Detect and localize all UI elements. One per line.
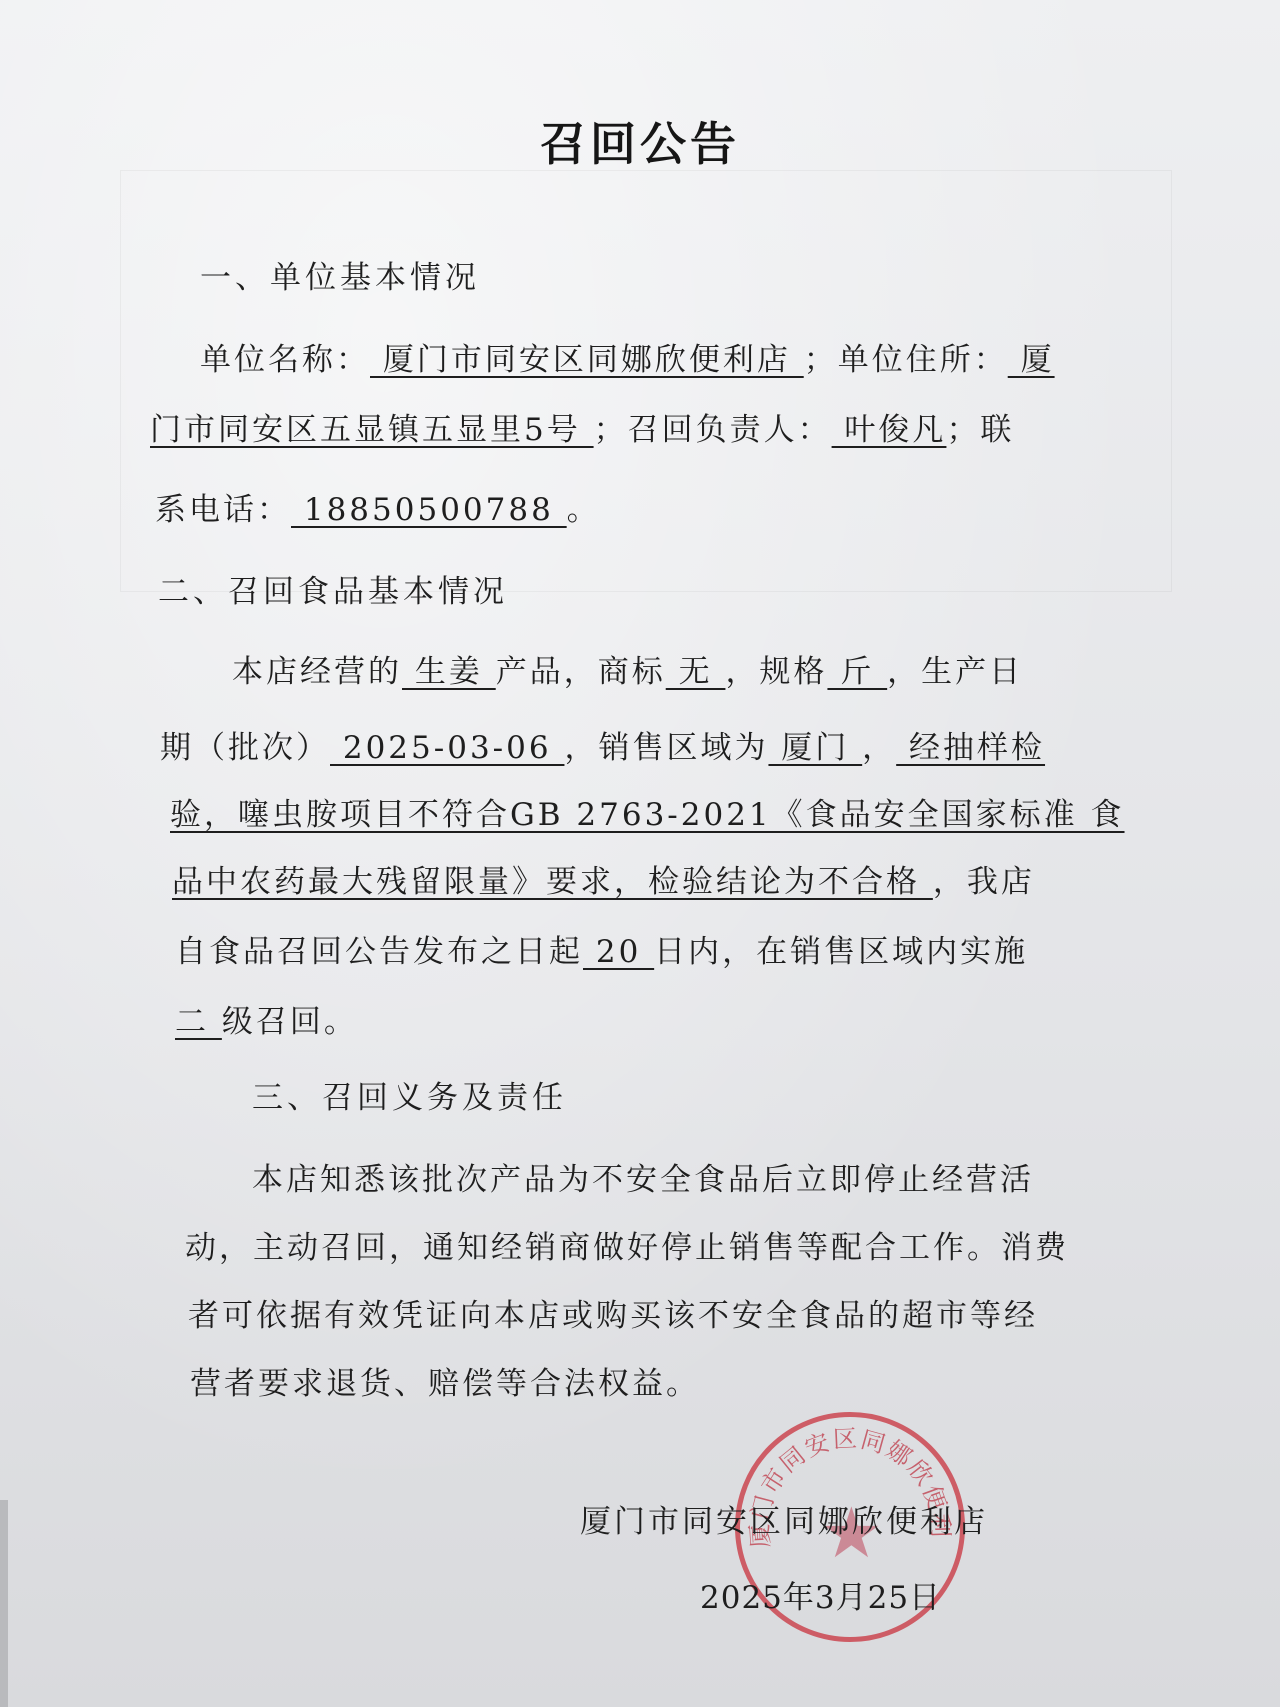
label-phone-part2: 系电话：	[155, 492, 291, 528]
specification: 斤	[827, 654, 887, 690]
label-unit-address: ；单位住所：	[804, 342, 1008, 378]
recall-level: 二	[175, 1004, 222, 1040]
section1-heading: 一、单位基本情况	[200, 258, 480, 298]
phone-number: 18850500788	[291, 492, 567, 528]
section2-line1: 本店经营的 生姜 产品，商标 无 ，规格 斤 ，生产日	[232, 652, 1023, 692]
text: 日内，在销售区域内实施	[654, 934, 1028, 970]
text: 产品，商标	[496, 654, 666, 690]
section2-line3: 验，噻虫胺项目不符合GB 2763-2021《食品安全国家标准 食	[170, 795, 1125, 835]
label-phone-part1: ；联	[946, 412, 1014, 448]
recall-reason-part1: 经抽样检	[896, 730, 1045, 766]
section2-heading: 二、召回食品基本情况	[158, 572, 508, 612]
recall-days: 20	[583, 934, 654, 970]
text: 期（批次）	[160, 730, 330, 766]
section3-line4: 营者要求退货、赔偿等合法权益。	[190, 1364, 700, 1404]
signature-company: 厦门市同安区同娜欣便利店	[580, 1502, 988, 1542]
label-unit-name: 单位名称：	[200, 342, 370, 378]
section1-line1: 单位名称： 厦门市同安区同娜欣便利店 ；单位住所： 厦	[200, 340, 1055, 380]
text: 本店经营的	[232, 654, 402, 690]
section1-line3: 系电话： 18850500788 。	[155, 490, 601, 530]
signature-date: 2025年3月25日	[700, 1578, 941, 1618]
document-paper: 召回公告 一、单位基本情况 单位名称： 厦门市同安区同娜欣便利店 ；单位住所： …	[0, 0, 1280, 1707]
text: ，生产日	[887, 654, 1023, 690]
section2-line4: 品中农药最大残留限量》要求，检验结论为不合格 ，我店	[172, 862, 1035, 902]
recall-reason-part3: 品中农药最大残留限量》要求，检验结论为不合格	[172, 864, 933, 900]
unit-address-part2: 门市同安区五显镇五显里5号	[150, 412, 594, 448]
recall-contact: 叶俊凡	[832, 412, 947, 448]
section3-line1: 本店知悉该批次产品为不安全食品后立即停止经营活	[252, 1160, 1034, 1200]
text: ，销售区域为	[564, 730, 768, 766]
page-edge	[0, 1500, 8, 1707]
unit-address-part1: 厦	[1008, 342, 1055, 378]
section2-line2: 期（批次） 2025-03-06 ，销售区域为 厦门 ， 经抽样检	[160, 728, 1045, 768]
production-batch: 2025-03-06	[330, 730, 564, 766]
product-name: 生姜	[402, 654, 496, 690]
period: 。	[567, 492, 601, 528]
text: 自食品召回公告发布之日起	[175, 934, 583, 970]
unit-name: 厦门市同安区同娜欣便利店	[370, 342, 804, 378]
section3-line3: 者可依据有效凭证向本店或购买该不安全食品的超市等经	[188, 1296, 1038, 1336]
sales-region: 厦门	[768, 730, 862, 766]
section1-line2: 门市同安区五显镇五显里5号 ；召回负责人： 叶俊凡；联	[150, 410, 1014, 450]
recall-reason-part2: 验，噻虫胺项目不符合GB 2763-2021《食品安全国家标准 食	[170, 797, 1125, 833]
section3-line2: 动，主动召回，通知经销商做好停止销售等配合工作。消费	[185, 1228, 1069, 1268]
text: ，规格	[725, 654, 827, 690]
section3-heading: 三、召回义务及责任	[252, 1078, 567, 1118]
text: 级召回。	[222, 1004, 358, 1040]
brand: 无	[666, 654, 726, 690]
text: ，	[862, 730, 896, 766]
document-title: 召回公告	[0, 108, 1280, 174]
label-recall-contact: ；召回负责人：	[594, 412, 832, 448]
section2-line5: 自食品召回公告发布之日起 20 日内，在销售区域内实施	[175, 932, 1028, 972]
section2-line6: 二 级召回。	[175, 1002, 358, 1042]
text: ，我店	[933, 864, 1035, 900]
